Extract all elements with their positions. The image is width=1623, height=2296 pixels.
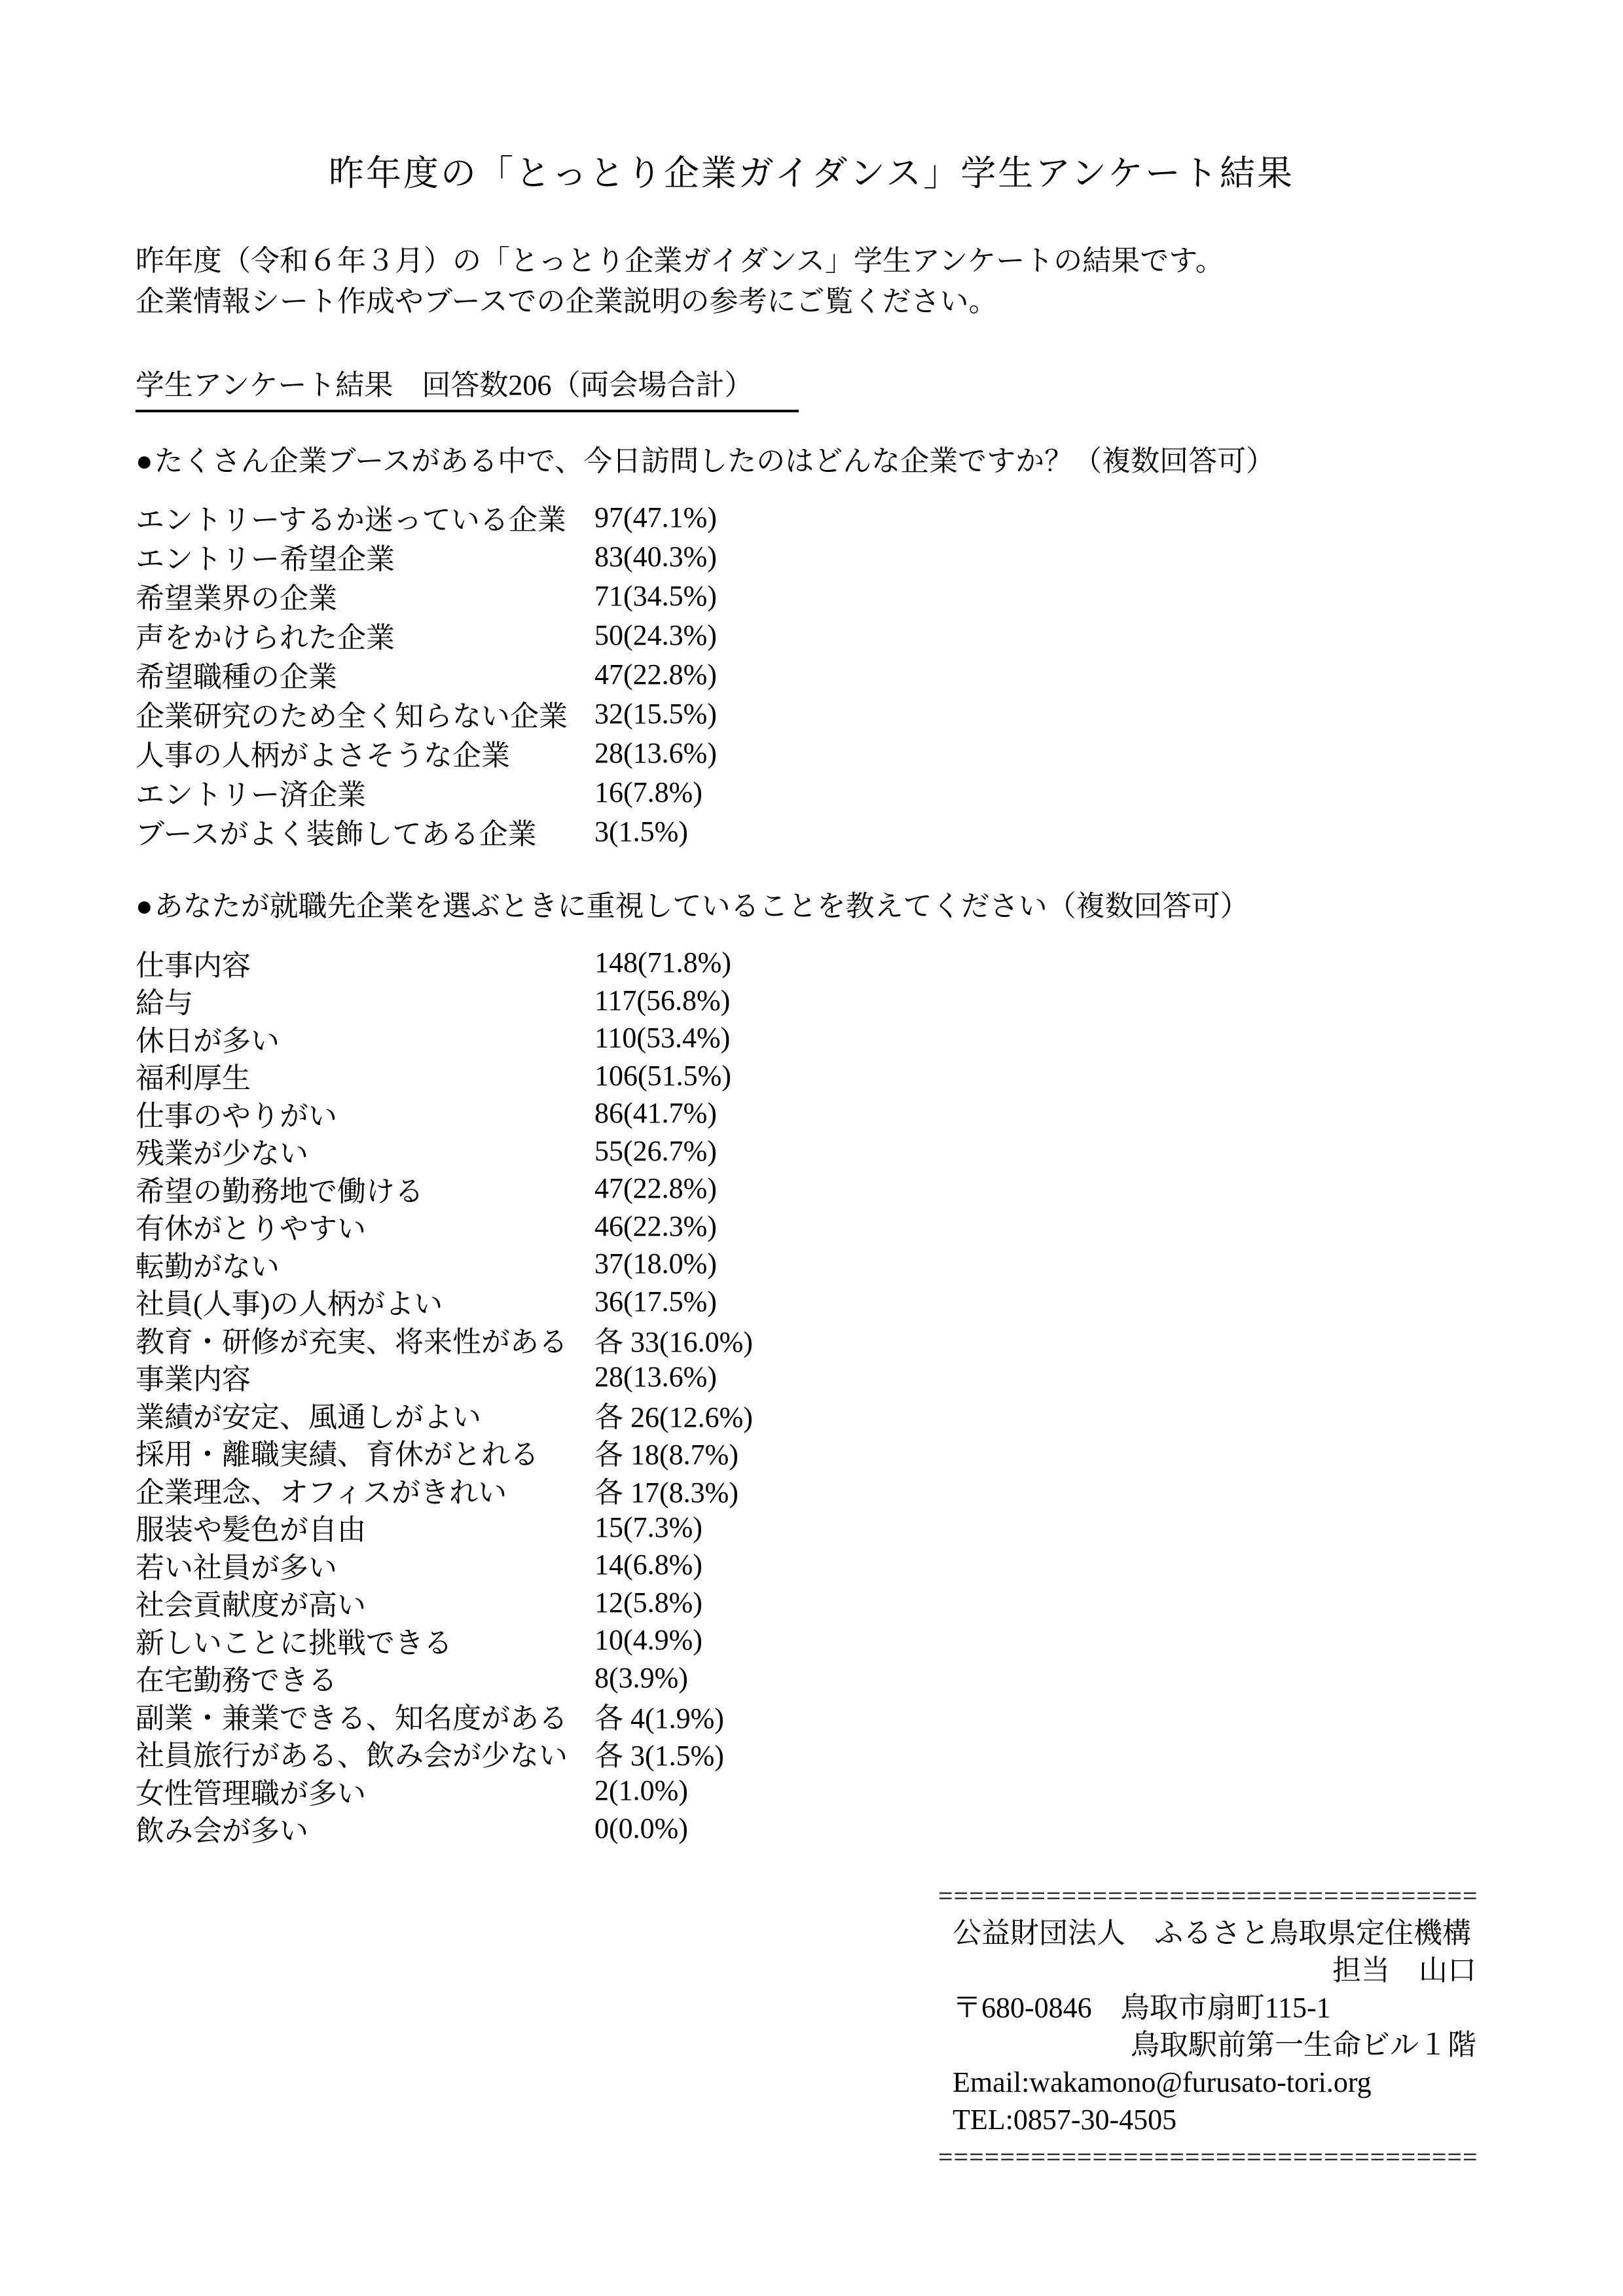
survey-result-row: 給与117(56.8%): [136, 982, 753, 1020]
bullet-icon: ●: [136, 890, 153, 922]
survey-result-row: 声をかけられた企業50(24.3%): [136, 615, 717, 655]
survey-result-row: 新しいことに挑戦できる10(4.9%): [136, 1621, 753, 1659]
answer-count: 0(0.0%): [594, 1812, 688, 1845]
answer-count: 71(34.5%): [594, 579, 717, 613]
survey-result-row: 若い社員が多い14(6.8%): [136, 1546, 753, 1584]
answer-count: 110(53.4%): [594, 1021, 730, 1054]
answer-count: 12(5.8%): [594, 1586, 702, 1619]
survey-result-row: エントリー希望企業83(40.3%): [136, 537, 717, 576]
survey-result-row: 副業・兼業できる、知名度がある各 4(1.9%): [136, 1696, 753, 1734]
answer-label: 仕事内容: [136, 942, 594, 984]
answer-count: 2(1.0%): [594, 1774, 688, 1807]
answer-count: 28(13.6%): [594, 736, 717, 770]
answer-count: 97(47.1%): [594, 501, 717, 534]
bullet-icon: ●: [136, 445, 153, 477]
answer-label: 若い社員が多い: [136, 1544, 594, 1586]
survey-result-row: 残業が少ない55(26.7%): [136, 1132, 753, 1170]
answer-label: 希望の勤務地で働ける: [136, 1168, 594, 1210]
survey-result-row: 仕事のやりがい86(41.7%): [136, 1094, 753, 1132]
answer-count: 16(7.8%): [594, 776, 702, 809]
survey-result-row: エントリーするか迷っている企業97(47.1%): [136, 497, 717, 537]
answer-count: 32(15.5%): [594, 697, 717, 730]
survey-result-row: 福利厚生106(51.5%): [136, 1057, 753, 1095]
answer-label: 仕事のやりがい: [136, 1092, 594, 1134]
page-title: 昨年度の「とっとり企業ガイダンス」学生アンケート結果: [0, 145, 1623, 196]
survey-result-row: 女性管理職が多い2(1.0%): [136, 1772, 753, 1810]
address-line-1: 〒680-0846 鳥取市扇町115-1: [938, 1989, 1476, 2026]
answer-label: 業績が安定、風通しがよい: [136, 1393, 594, 1435]
intro-line-1: 昨年度（令和６年３月）の「とっとり企業ガイダンス」学生アンケートの結果です。: [136, 241, 1224, 281]
answer-label: 副業・兼業できる、知名度がある: [136, 1695, 594, 1736]
question-2-results: 仕事内容148(71.8%)給与117(56.8%)休日が多い110(53.4%…: [136, 944, 753, 1847]
intro-paragraph: 昨年度（令和６年３月）の「とっとり企業ガイダンス」学生アンケートの結果です。 企…: [136, 241, 1224, 322]
answer-count: 各 3(1.5%): [594, 1732, 724, 1774]
survey-result-row: 教育・研修が充実、将来性がある各 33(16.0%): [136, 1320, 753, 1358]
survey-result-row: ブースがよく装飾してある企業3(1.5%): [136, 812, 717, 851]
answer-count: 28(13.6%): [594, 1360, 717, 1393]
answer-label: 事業内容: [136, 1355, 594, 1397]
answer-count: 83(40.3%): [594, 540, 717, 573]
contact-person: 担当 山口: [938, 1952, 1476, 1989]
section-heading-wrap: 学生アンケート結果 回答数206（両会場合計）: [136, 361, 799, 412]
survey-result-row: 有休がとりやすい46(22.3%): [136, 1208, 753, 1246]
answer-count: 36(17.5%): [594, 1285, 717, 1318]
answer-count: 14(6.8%): [594, 1548, 702, 1581]
survey-result-row: 企業理念、オフィスがきれい各 17(8.3%): [136, 1471, 753, 1509]
answer-count: 117(56.8%): [594, 984, 730, 1017]
survey-result-row: 採用・離職実績、育休がとれる各 18(8.7%): [136, 1433, 753, 1471]
answer-label: 社員旅行がある、飲み会が少ない: [136, 1732, 594, 1774]
separator-line-top: ========================================: [938, 1877, 1476, 1914]
survey-result-row: 希望業界の企業71(34.5%): [136, 576, 717, 615]
answer-label: 残業が少ない: [136, 1130, 594, 1172]
document-page: 昨年度の「とっとり企業ガイダンス」学生アンケート結果 昨年度（令和６年３月）の「…: [0, 0, 1623, 2296]
answer-label: 在宅勤務できる: [136, 1657, 594, 1698]
answer-label: 企業理念、オフィスがきれい: [136, 1469, 594, 1511]
answer-count: 各 4(1.9%): [594, 1695, 724, 1736]
answer-count: 86(41.7%): [594, 1096, 717, 1130]
answer-label: ブースがよく装飾してある企業: [136, 810, 594, 852]
survey-result-row: 社員旅行がある、飲み会が少ない各 3(1.5%): [136, 1734, 753, 1772]
answer-label: 服装や髪色が自由: [136, 1506, 594, 1548]
answer-count: 3(1.5%): [594, 815, 688, 848]
org-name: 公益財団法人 ふるさと鳥取県定住機構: [938, 1914, 1476, 1952]
answer-label: エントリーするか迷っている企業: [136, 496, 594, 538]
answer-label: 福利厚生: [136, 1054, 594, 1096]
question-1-results: エントリーするか迷っている企業97(47.1%)エントリー希望企業83(40.3…: [136, 497, 717, 851]
answer-label: 希望業界の企業: [136, 575, 594, 617]
answer-count: 50(24.3%): [594, 619, 717, 652]
answer-label: 希望職種の企業: [136, 653, 594, 695]
email-address: Email:wakamono@furusato-tori.org: [938, 2064, 1476, 2101]
intro-line-2: 企業情報シート作成やブースでの企業説明の参考にご覧ください。: [136, 281, 1224, 322]
survey-result-row: 休日が多い110(53.4%): [136, 1019, 753, 1057]
survey-result-row: 人事の人柄がよさそうな企業28(13.6%): [136, 733, 717, 772]
contact-block: ========================================…: [938, 1877, 1476, 2176]
answer-count: 46(22.3%): [594, 1210, 717, 1243]
separator-line-bottom: ========================================: [938, 2138, 1476, 2176]
section-heading: 学生アンケート結果 回答数206（両会場合計）: [136, 361, 799, 412]
answer-count: 各 17(8.3%): [594, 1469, 739, 1511]
answer-label: 飲み会が多い: [136, 1807, 594, 1849]
survey-result-row: 企業研究のため全く知らない企業32(15.5%): [136, 694, 717, 733]
survey-result-row: エントリー済企業16(7.8%): [136, 772, 717, 812]
survey-result-row: 事業内容28(13.6%): [136, 1358, 753, 1396]
answer-count: 55(26.7%): [594, 1134, 717, 1168]
survey-result-row: 服装や髪色が自由15(7.3%): [136, 1509, 753, 1547]
question-1-prompt: ●たくさん企業ブースがある中で、今日訪問したのはどんな企業ですか？（複数回答可）: [136, 437, 1275, 479]
telephone-number: TEL:0857-30-4505: [938, 2101, 1476, 2138]
answer-label: 社会貢献度が高い: [136, 1581, 594, 1623]
question-1-text: たくさん企業ブースがある中で、今日訪問したのはどんな企業ですか？（複数回答可）: [155, 445, 1275, 477]
question-2-prompt: ●あなたが就職先企業を選ぶときに重視していることを教えてください（複数回答可）: [136, 882, 1249, 924]
answer-count: 15(7.3%): [594, 1511, 702, 1544]
answer-label: 人事の人柄がよさそうな企業: [136, 732, 594, 774]
survey-result-row: 希望職種の企業47(22.8%): [136, 655, 717, 694]
survey-result-row: 飲み会が多い0(0.0%): [136, 1810, 753, 1848]
address-line-2: 鳥取駅前第一生命ビル１階: [938, 2026, 1476, 2064]
survey-result-row: 転勤がない37(18.0%): [136, 1245, 753, 1283]
answer-count: 8(3.9%): [594, 1661, 688, 1695]
answer-label: 教育・研修が充実、将来性がある: [136, 1318, 594, 1360]
question-2-text: あなたが就職先企業を選ぶときに重視していることを教えてください（複数回答可）: [155, 890, 1249, 922]
answer-label: エントリー希望企業: [136, 535, 594, 577]
answer-label: 給与: [136, 979, 594, 1021]
survey-result-row: 社員(人事)の人柄がよい36(17.5%): [136, 1283, 753, 1321]
answer-count: 各 26(12.6%): [594, 1393, 753, 1435]
answer-label: 休日が多い: [136, 1017, 594, 1059]
answer-label: エントリー済企業: [136, 771, 594, 813]
answer-label: 転勤がない: [136, 1243, 594, 1285]
survey-result-row: 在宅勤務できる8(3.9%): [136, 1659, 753, 1697]
answer-count: 各 33(16.0%): [594, 1318, 753, 1360]
answer-count: 10(4.9%): [594, 1623, 702, 1657]
answer-label: 新しいことに挑戦できる: [136, 1619, 594, 1661]
answer-label: 女性管理職が多い: [136, 1770, 594, 1812]
answer-count: 148(71.8%): [594, 946, 731, 979]
survey-result-row: 業績が安定、風通しがよい各 26(12.6%): [136, 1395, 753, 1433]
answer-count: 各 18(8.7%): [594, 1431, 739, 1473]
answer-count: 47(22.8%): [594, 1172, 717, 1205]
answer-count: 106(51.5%): [594, 1059, 731, 1092]
survey-result-row: 仕事内容148(71.8%): [136, 944, 753, 982]
survey-result-row: 希望の勤務地で働ける47(22.8%): [136, 1170, 753, 1208]
answer-label: 声をかけられた企業: [136, 614, 594, 656]
answer-label: 社員(人事)の人柄がよい: [136, 1280, 594, 1322]
answer-label: 採用・離職実績、育休がとれる: [136, 1431, 594, 1473]
answer-count: 37(18.0%): [594, 1247, 717, 1280]
answer-label: 企業研究のため全く知らない企業: [136, 692, 594, 734]
answer-label: 有休がとりやすい: [136, 1205, 594, 1247]
answer-count: 47(22.8%): [594, 658, 717, 691]
survey-result-row: 社会貢献度が高い12(5.8%): [136, 1584, 753, 1622]
